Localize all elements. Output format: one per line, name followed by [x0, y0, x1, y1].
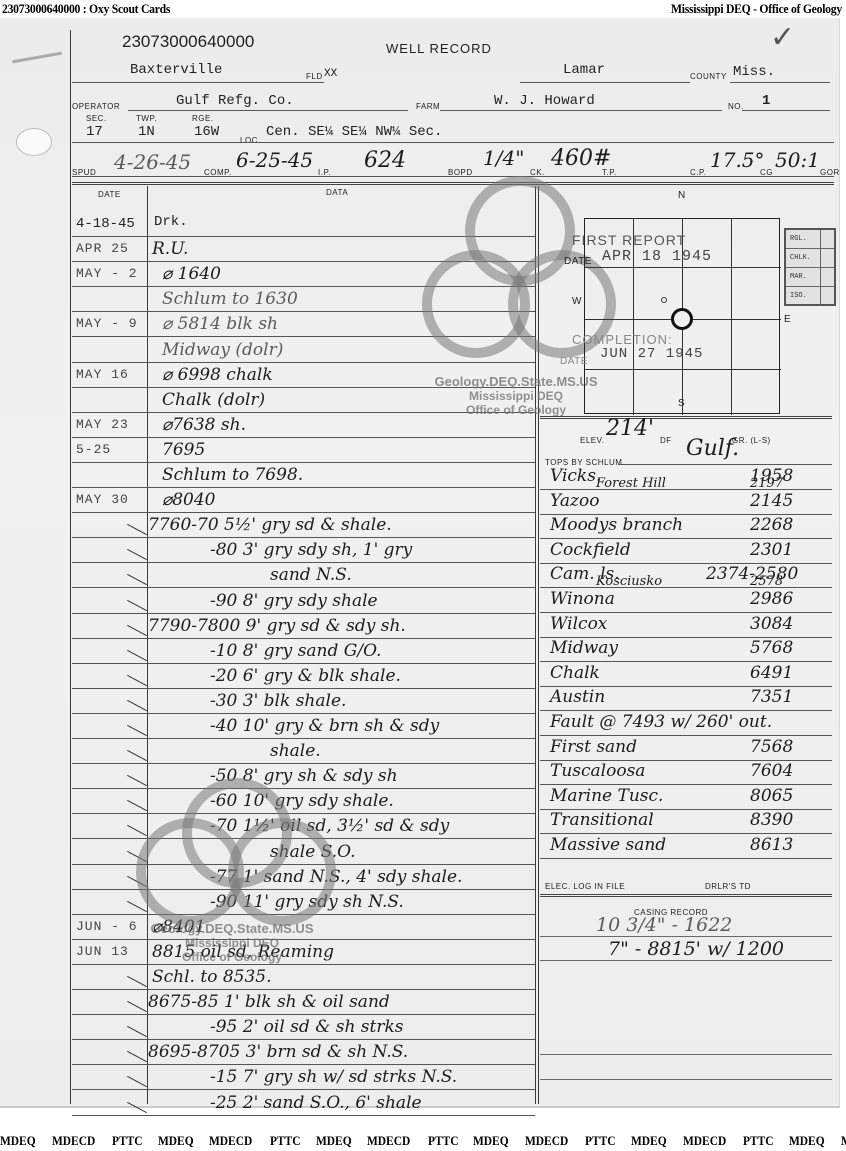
- log-rule: [72, 462, 535, 463]
- farm-label: FARM: [416, 102, 440, 111]
- log-entry: Drk.: [154, 214, 188, 230]
- farm-value: W. J. Howard: [494, 93, 595, 109]
- log-entry: -80 3' gry sdy sh, 1' gry: [210, 540, 412, 560]
- log-entry: -40 10' gry & brn sh & sdy: [210, 716, 439, 736]
- log-rule: [72, 763, 535, 764]
- check-box-table: RGL. CHLK. MAR. ISO.: [784, 228, 836, 306]
- check-tick: [127, 775, 147, 786]
- footer-tag: MDECD: [209, 1133, 252, 1149]
- log-entry: -90 8' gry sdy shale: [210, 591, 378, 611]
- log-rule: [72, 613, 535, 614]
- top-depth: 2197: [750, 476, 783, 491]
- first-report-date-label: DATE: [564, 256, 592, 267]
- elec-log-rule: [540, 894, 832, 897]
- page-footer: MDEQMDECDPTTCMDEQMDECDPTTCMDEQMDECDPTTCM…: [0, 1133, 846, 1151]
- log-entry: Schlum to 7698.: [162, 465, 303, 485]
- cg-value: 50:1: [775, 148, 820, 172]
- top-formation-name: Massive sand: [550, 835, 666, 855]
- check-tick: [127, 750, 147, 761]
- check-tick: [127, 574, 147, 585]
- check-tick: [127, 1001, 147, 1012]
- card-left-rule: [70, 30, 71, 1104]
- check-tick: [127, 800, 147, 811]
- casing-line-2: [540, 960, 832, 961]
- tops-underline: [618, 464, 832, 465]
- footer-tag: PTTC: [585, 1133, 616, 1149]
- log-date: MAY - 2: [76, 266, 138, 281]
- log-rule: [72, 562, 535, 563]
- twp-label: TWP.: [136, 114, 157, 123]
- top-formation-name: Tuscaloosa: [550, 761, 645, 781]
- log-date: JUN 13: [76, 944, 129, 959]
- scout-card-scan: 23073000640000 WELL RECORD ✓ Baxterville…: [0, 18, 840, 1108]
- compass-east: E: [784, 314, 791, 325]
- log-rule: [72, 813, 535, 814]
- top-depth: 2301: [750, 540, 793, 560]
- log-rule: [72, 663, 535, 664]
- top-depth: 2986: [750, 589, 793, 609]
- top-formation-name: Austin: [550, 687, 605, 707]
- top-formation-name: Forest Hill: [596, 476, 666, 491]
- top-formation-name: First sand: [550, 737, 637, 757]
- log-entry: 7790-7800 9' gry sd & sdy sh.: [148, 616, 406, 636]
- completion-label: COMPLETION:: [572, 332, 673, 347]
- log-rule: [72, 688, 535, 689]
- log-entry: 8695-8705 3' brn sd & sh N.S.: [148, 1042, 408, 1062]
- log-date: JUN - 6: [76, 919, 138, 934]
- top-formation-name: Midway: [550, 638, 618, 658]
- top-depth: 3084: [750, 614, 793, 634]
- field-label: FLD: [306, 72, 323, 81]
- top-depth: 7351: [750, 687, 793, 707]
- top-depth: 7604: [750, 761, 793, 781]
- spud-date: 4-26-45: [114, 150, 191, 174]
- log-rule: [72, 738, 535, 739]
- log-rule: [72, 713, 535, 714]
- footer-tag: MDEQ: [0, 1133, 36, 1149]
- well-no-value: 1: [762, 93, 770, 109]
- compass-north: N: [678, 190, 685, 201]
- log-date: MAY - 9: [76, 316, 138, 331]
- log-date: 4-18-45: [76, 216, 135, 232]
- log-date: MAY 23: [76, 417, 129, 432]
- log-rule: [72, 1014, 535, 1015]
- log-entry: Midway (dolr): [162, 340, 283, 360]
- log-entry: ⌀7638 sh.: [162, 415, 246, 435]
- small-circle-icon: [661, 297, 667, 303]
- top-formation-name: Transitional: [550, 810, 654, 830]
- log-entry: -95 2' oil sd & sh strks: [210, 1017, 404, 1037]
- form-title: WELL RECORD: [386, 41, 492, 56]
- log-entry: -10 8' gry sand G/O.: [210, 641, 381, 661]
- top-formation-name: Moodys branch: [550, 515, 683, 535]
- check-tick: [127, 825, 147, 836]
- log-entry: ⌀ 5814 blk sh: [162, 314, 278, 334]
- ip-value: 624: [364, 148, 406, 173]
- date-column-rule: [147, 186, 148, 1104]
- field-underline: [72, 82, 324, 83]
- check-tick: [127, 650, 147, 661]
- log-entry: -25 2' sand S.O., 6' shale: [210, 1093, 422, 1113]
- drlr-td-label: DRLR'S TD: [705, 882, 751, 891]
- top-formation-name: Chalk: [550, 663, 600, 683]
- top-formation-name: Winona: [550, 589, 615, 609]
- top-formation-name: Yazoo: [550, 491, 599, 511]
- check-tick: [127, 1076, 147, 1087]
- footer-tag: PTTC: [428, 1133, 459, 1149]
- log-rule: [72, 788, 535, 789]
- log-entry: ⌀8040: [162, 490, 216, 510]
- loc-underline: [72, 142, 834, 143]
- no-underline: [742, 110, 830, 111]
- footer-tag: MDECD: [52, 1133, 95, 1149]
- field-xx: XX: [324, 68, 337, 80]
- log-rule: [72, 1089, 535, 1090]
- df-label: DF: [660, 436, 672, 445]
- log-entry: 8675-85 1' blk sh & oil sand: [148, 992, 390, 1012]
- check-tick: [127, 549, 147, 560]
- log-date: MAY 16: [76, 367, 129, 382]
- elevation-value: 214': [606, 416, 654, 441]
- check-tick: [127, 700, 147, 711]
- state-value: Miss.: [733, 64, 775, 80]
- staple-mark: [12, 52, 62, 64]
- log-date: MAY 30: [76, 492, 129, 507]
- top-formation-name: Fault @ 7493 w/ 260' out.: [550, 712, 772, 732]
- log-date: 5-25: [76, 442, 111, 457]
- log-entry: -15 7' gry sh w/ sd strks N.S.: [210, 1067, 457, 1087]
- top-depth: 7568: [750, 737, 793, 757]
- top-depth: 8065: [750, 786, 793, 806]
- well-location-icon: [671, 308, 693, 330]
- punch-hole: [16, 128, 52, 156]
- log-entry: shale.: [270, 741, 321, 761]
- top-depth: 5768: [750, 638, 793, 658]
- cp-value: 17.5°: [710, 148, 765, 172]
- rge-value: 16W: [194, 124, 219, 140]
- operator-value: Gulf Refg. Co.: [176, 93, 294, 109]
- completion-date: JUN 27 1945: [600, 346, 703, 362]
- spud-underline: [72, 176, 834, 177]
- document-title: 23073000640000 : Oxy Scout Cards: [2, 1, 170, 17]
- check-tick: [127, 976, 147, 987]
- sec-value: 17: [86, 124, 103, 140]
- top-formation-name: Vicks.: [550, 466, 601, 486]
- footer-tag: PTTC: [112, 1133, 143, 1149]
- log-rule: [72, 1039, 535, 1040]
- tops-rule: [540, 858, 832, 859]
- log-rule: [72, 989, 535, 990]
- log-entry: sand N.S.: [270, 565, 352, 585]
- top-formation-name: Kosciusko: [596, 574, 662, 589]
- farm-underline: [440, 110, 722, 111]
- watermark2-circle-right: [228, 818, 336, 926]
- log-date: APR 25: [76, 241, 129, 256]
- field-value: Baxterville: [130, 62, 222, 78]
- blank-rule: [540, 1079, 832, 1080]
- bopd-value: 1/4": [483, 146, 524, 170]
- check-tick: [127, 1051, 147, 1062]
- first-report-label: FIRST REPORT: [572, 232, 686, 248]
- top-depth: 8390: [750, 810, 793, 830]
- header-double-rule: [72, 182, 834, 185]
- log-entry: ⌀ 6998 chalk: [162, 365, 273, 385]
- watermark2-text: Geology.DEQ.State.MS.US Mississippi DEQ …: [132, 921, 332, 964]
- top-formation-name: Wilcox: [550, 614, 607, 634]
- footer-tag: PTTC: [270, 1133, 301, 1149]
- log-rule: [72, 587, 535, 588]
- log-entry: 7695: [162, 440, 205, 460]
- log-entry: Schl. to 8535.: [152, 967, 272, 987]
- log-rule: [72, 964, 535, 965]
- log-entry: ⌀ 1640: [162, 264, 221, 284]
- completion-date-label: DATE: [560, 356, 588, 367]
- page-header: 23073000640000 : Oxy Scout Cards Mississ…: [0, 0, 846, 18]
- top-depth: 2268: [750, 515, 793, 535]
- footer-tag: MDECD: [525, 1133, 568, 1149]
- date-header: DATE: [98, 190, 121, 199]
- twp-value: 1N: [138, 124, 155, 140]
- check-tick: [127, 675, 147, 686]
- state-underline: [730, 82, 830, 83]
- compass-west: W: [572, 296, 581, 307]
- log-entry: -30 3' blk shale.: [210, 691, 346, 711]
- check-tick: [127, 1026, 147, 1037]
- loc-label: LOC.: [240, 136, 261, 145]
- check-tick: [127, 524, 147, 535]
- footer-tag: MDECD: [683, 1133, 726, 1149]
- rge-label: RGE.: [192, 114, 214, 123]
- log-rule: [72, 362, 535, 363]
- api-number: 23073000640000: [122, 32, 254, 52]
- footer-tag: MDEQ: [631, 1133, 667, 1149]
- tops-source: Gulf.: [686, 436, 739, 461]
- data-header: DATA: [326, 188, 348, 197]
- log-entry: Chalk (dolr): [162, 390, 265, 410]
- plat-bottom-rule: [540, 416, 832, 419]
- footer-tag: PTTC: [743, 1133, 774, 1149]
- check-tick: [127, 901, 147, 912]
- log-entry: -20 6' gry & blk shale.: [210, 666, 401, 686]
- comp-date: 6-25-45: [236, 148, 313, 172]
- agency-title: Mississippi DEQ - Office of Geology: [671, 1, 842, 17]
- footer-tag: MDECD: [841, 1133, 846, 1149]
- county-value: Lamar: [563, 62, 605, 78]
- log-entry: 7760-70 5½' gry sd & shale.: [148, 515, 392, 535]
- casing-row-1: 10 3/4" - 1622: [596, 914, 732, 936]
- log-rule: [72, 537, 535, 538]
- elec-log-label: ELEC. LOG IN FILE: [545, 882, 625, 891]
- check-tick: [127, 624, 147, 635]
- sec-label: SEC.: [86, 114, 107, 123]
- log-rule: [72, 638, 535, 639]
- footer-tag: MDEQ: [158, 1133, 194, 1149]
- casing-line-1: [540, 936, 832, 937]
- top-formation-name: Marine Tusc.: [550, 786, 663, 806]
- check-tick: [127, 1101, 147, 1112]
- first-report-date: APR 18 1945: [602, 248, 712, 265]
- log-rule: [72, 437, 535, 438]
- blank-rule: [540, 1054, 832, 1055]
- log-rule: [72, 512, 535, 513]
- check-tick: [127, 599, 147, 610]
- operator-label: OPERATOR: [72, 102, 120, 111]
- footer-tag: MDECD: [367, 1133, 410, 1149]
- top-depth: 6491: [750, 663, 793, 683]
- check-tick: [127, 725, 147, 736]
- loc-value: Cen. SE¼ SE¼ NW¼ Sec.: [266, 124, 442, 140]
- footer-tag: MDEQ: [473, 1133, 509, 1149]
- county-label: COUNTY: [690, 72, 727, 81]
- check-mark-icon: ✓: [770, 20, 795, 55]
- top-depth: 2578: [750, 574, 783, 589]
- log-rule: [72, 487, 535, 488]
- log-rule: [72, 1064, 535, 1065]
- footer-tag: MDEQ: [789, 1133, 825, 1149]
- footer-tag: MDEQ: [316, 1133, 352, 1149]
- operator-underline: [128, 110, 408, 111]
- elevation-label: ELEV.: [580, 436, 604, 445]
- top-depth: 8613: [750, 835, 793, 855]
- log-entry: Schlum to 1630: [162, 289, 298, 309]
- top-formation-name: Cockfield: [550, 540, 631, 560]
- county-underline: [520, 82, 690, 83]
- casing-row-2: 7" - 8815' w/ 1200: [608, 938, 784, 960]
- top-depth: 2145: [750, 491, 793, 511]
- log-entry: R.U.: [152, 239, 188, 259]
- log-rule: [72, 1115, 535, 1116]
